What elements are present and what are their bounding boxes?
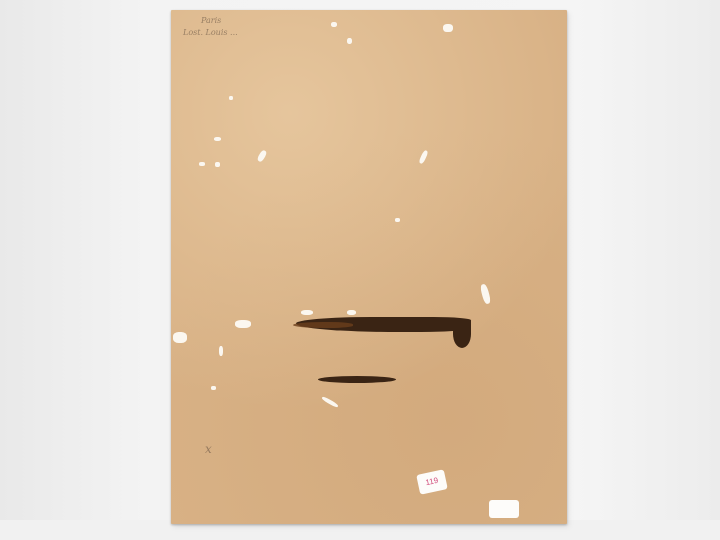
- price-sticker: 119: [416, 469, 448, 494]
- paint-speck: [256, 149, 267, 162]
- dark-stain-lower: [318, 376, 396, 383]
- pencil-inscription-line2: Lost. Louis ...: [183, 28, 238, 37]
- fiberboard-panel: Paris Lost. Louis ... x 119: [171, 10, 567, 524]
- dark-stain-main-tip: [453, 320, 471, 348]
- paint-speck: [235, 320, 251, 328]
- paint-speck: [480, 283, 492, 304]
- paint-speck: [347, 310, 356, 315]
- paint-speck: [418, 150, 428, 165]
- paint-speck: [229, 96, 233, 100]
- paint-speck: [173, 332, 187, 343]
- paint-speck: [214, 137, 221, 141]
- blank-label: [489, 500, 519, 518]
- pencil-mark-bottom-left: x: [205, 442, 212, 456]
- dark-stain-smear: [293, 322, 353, 328]
- paint-speck: [321, 396, 339, 408]
- paint-speck: [395, 218, 400, 222]
- pencil-inscription-line1: Paris: [201, 16, 221, 25]
- paint-speck: [347, 38, 352, 44]
- paint-speck: [301, 310, 313, 315]
- paint-speck: [219, 346, 223, 356]
- paint-speck: [443, 24, 453, 32]
- paint-speck: [215, 162, 220, 167]
- paint-speck: [211, 386, 216, 390]
- paint-speck: [331, 22, 337, 27]
- paint-speck: [199, 162, 205, 166]
